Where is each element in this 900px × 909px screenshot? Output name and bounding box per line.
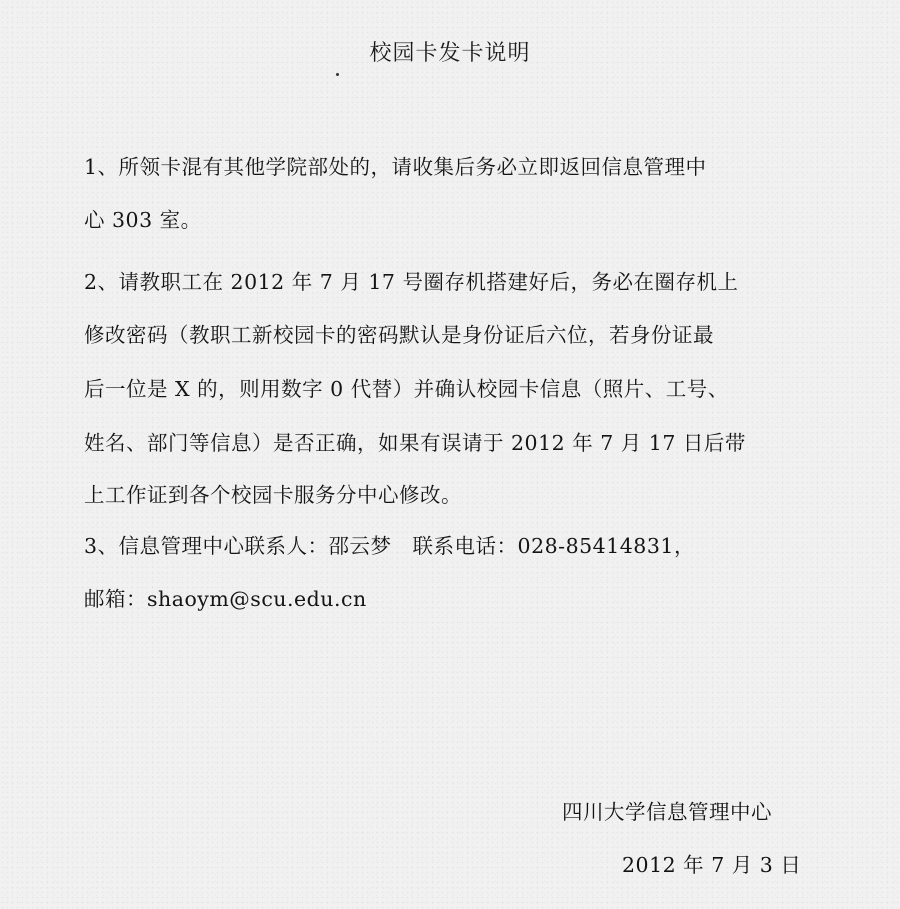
item-2-line-4: 姓名、部门等信息）是否正确，如果有误请于 2012 年 7 月 17 日后带: [84, 426, 746, 456]
document-title: 校园卡发卡说明: [0, 36, 900, 67]
signature-organization: 四川大学信息管理中心: [562, 795, 772, 825]
scanned-document: 校园卡发卡说明 1、所领卡混有其他学院部处的，请收集后务必立即返回信息管理中 心…: [0, 0, 900, 909]
item-3-email-line: 邮箱：shaoym@scu.edu.cn: [84, 582, 367, 612]
item-2-line-5: 上工作证到各个校园卡服务分中心修改。: [84, 478, 462, 508]
item-2-line-3: 后一位是 X 的，则用数字 0 代替）并确认校园卡信息（照片、工号、: [84, 372, 729, 402]
scan-speck: [336, 73, 339, 76]
item-1-line-2: 心 303 室。: [84, 203, 202, 233]
item-1-line-1: 1、所领卡混有其他学院部处的，请收集后务必立即返回信息管理中: [84, 150, 707, 180]
signature-date: 2012 年 7 月 3 日: [622, 848, 801, 878]
item-2-line-1: 2、请教职工在 2012 年 7 月 17 号圈存机搭建好后，务必在圈存机上: [84, 265, 738, 295]
item-2-line-2: 修改密码（教职工新校园卡的密码默认是身份证后六位，若身份证最: [84, 318, 714, 348]
item-3-contact-line: 3、信息管理中心联系人：邵云梦 联系电话：028-85414831，: [84, 529, 695, 559]
